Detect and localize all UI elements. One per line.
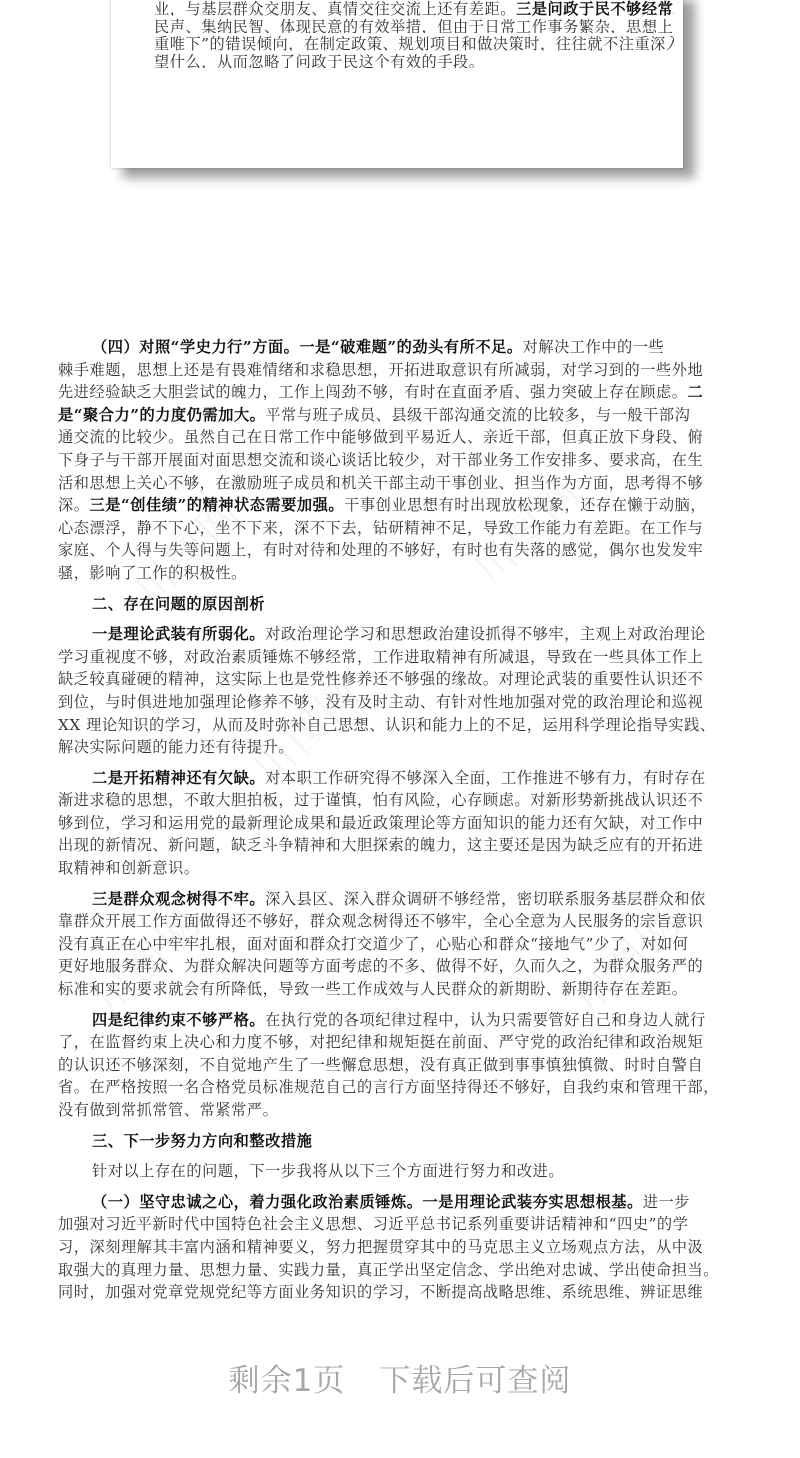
preview-line-text: 望什么，从而忽略了问政于民这个有效的手段。 [154,53,485,69]
line-text: 进一步 [643,1193,690,1211]
previous-page-preview: 业，与基层群众交朋友、真情交往交流上还有差距。三是问政于民不够经常。问政于民是倾… [111,0,683,168]
text-line: 下身子与干部开展面对面思想交流和谈心谈话比较少，对干部业务工作安排多、要求高，在… [58,449,748,472]
line-text: 对政治理论学习和思想政治建设抓得不够牢，主观上对政治理论 [265,625,706,643]
text-line: 没有做到常抓常管、常紧常严。 [58,1099,748,1122]
heading-two: 二、存在问题的原因剖析 [58,593,748,616]
measure-one-paragraph: （一）坚守忠诚之心，着力强化政治素质锤炼。一是用理论武装夯实思想根基。进一步 加… [58,1191,748,1304]
text-line: 取强大的真理力量、思想力量、实践力量，真正学出坚定信念、学出绝对忠诚、学出使命担… [58,1259,748,1282]
bold-text: 三是“创佳绩”的精神状态需要加强。 [89,496,344,514]
text-line: 够到位，学习和运用党的最新理论成果和最近政策理论等方面知识的能力还有欠缺，对工作… [58,812,748,835]
section-four-paragraph: （四）对照“学史力行”方面。一是“破难题”的劲头有所不足。对解决工作中的一些 棘… [58,336,748,585]
text-line: 三是群众观念树得不牢。深入县区、深入群众调研不够经常，密切联系服务基层群众和依 [58,888,748,911]
line-text: 深。 [58,496,89,514]
bold-text: 一是理论武装有所弱化。 [92,625,265,643]
preview-line-text: 业，与基层群众交朋友、真情交往交流上还有差距。 [154,0,516,16]
text-line: 棘手难题，思想上还是有畏难情绪和求稳思想，开拓进取意识有所减弱，对学习到的一些外… [58,359,748,382]
document-body: （四）对照“学史力行”方面。一是“破难题”的劲头有所不足。对解决工作中的一些 棘… [58,336,748,1312]
text-line: XX 理论知识的学习，从而及时弥补自己思想、认识和能力上的不足，运用科学理论指导… [58,714,748,737]
download-hint-label[interactable]: 下载后可查阅 [379,1363,571,1399]
text-line: （四）对照“学史力行”方面。一是“破难题”的劲头有所不足。对解决工作中的一些 [58,336,748,359]
bold-text: 二是开拓精神还有欠缺。 [92,769,265,787]
line-text: 在执行党的各项纪律过程中，认为只需要管好自己和身边人就行 [265,1011,706,1029]
line-text: 先进经验缺乏大胆尝试的魄力，工作上闯劲不够，有时在直面矛盾、强力突破上存在顾虑。 [58,383,688,401]
text-line: 了，在监督约束上决心和力度不够，对把纪律和规矩挺在前面、严守党的政治纪律和政治规… [58,1031,748,1054]
preview-text: 业，与基层群众交朋友、真情交往交流上还有差距。三是问政于民不够经常。问政于民是倾… [154,0,674,68]
intro-paragraph: 针对以上存在的问题，下一步我将从以下三个方面进行努力和改进。 [58,1160,748,1183]
text-line: 的认识还不够深刻，不自觉地产生了一些懈怠思想，没有真正做到事事慎独慎微、时时自警… [58,1054,748,1077]
text-line: 加强对习近平新时代中国特色社会主义思想、习近平总书记系列重要讲话精神和“四史”的… [58,1213,748,1236]
text-line: 取精神和创新意识。 [58,857,748,880]
text-line: 通交流的比较少。虽然自己在日常工作中能够做到平易近人、亲近干部，但真正放下身段、… [58,426,748,449]
section-heading: 二、存在问题的原因剖析 [58,593,748,616]
text-line: 更好地服务群众、为群众解决问题等方面考虑的不多、做得不好，久而久之，为群众服务严… [58,955,748,978]
text-line: （一）坚守忠诚之心，着力强化政治素质锤炼。一是用理论武装夯实思想根基。进一步 [58,1191,748,1214]
line-text: 干事创业思想有时出现放松现象，还存在懒于动脑， [344,496,706,514]
reason-four-paragraph: 四是纪律约束不够严格。在执行党的各项纪律过程中，认为只需要管好自己和身边人就行 … [58,1009,748,1122]
line-text: 平常与班子成员、县级干部沟通交流的比较多，与一般干部沟 [265,406,690,424]
preview-line: 望什么，从而忽略了问政于民这个有效的手段。 [154,51,674,69]
text-line: 靠群众开展工作方面做得还不够好，群众观念树得还不够牢，全心全意为人民服务的宗旨意… [58,910,748,933]
text-line: 深。三是“创佳绩”的精神状态需要加强。干事创业思想有时出现放松现象，还存在懒于动… [58,494,748,517]
text-line: 到位，与时俱进地加强理论修养不够，没有及时主动、有针对性地加强对党的政治理论和巡… [58,691,748,714]
bold-text: 二 [688,383,704,401]
remaining-pages-label[interactable]: 剩余1页 [229,1363,346,1399]
text-line: 活和思想上关心不够，在激励班子成员和机关干部主动干事创业、担当作为方面，思考得不… [58,472,748,495]
text-line: 是“聚合力”的力度仍需加大。平常与班子成员、县级干部沟通交流的比较多，与一般干部… [58,404,748,427]
text-line: 习，深刻理解其丰富内涵和精神要义，努力把握贯穿其中的马克思主义立场观点方法，从中… [58,1236,748,1259]
section-heading: 三、下一步努力方向和整改措施 [58,1130,748,1153]
preview-line: 重唯下”的错误倾向，在制定政策、规划项目和做决策时，往往就不注重深入基层了解群众… [154,33,674,51]
heading-three: 三、下一步努力方向和整改措施 [58,1130,748,1153]
text-line: 先进经验缺乏大胆尝试的魄力，工作上闯劲不够，有时在直面矛盾、强力突破上存在顾虑。… [58,381,748,404]
download-prompt[interactable]: 剩余1页下载后可查阅 [0,1355,800,1400]
preview-line-bold: 三是问政于民不够经常。 [516,0,674,16]
preview-line-text: 民声、集纳民智、体现民意的有效举措，但由于日常工作事务繁杂，思想上又存在“唯上不… [154,18,674,34]
line-text: 对解决工作中的一些 [523,338,665,356]
line-text: 骚，影响了工作的积极性。 [58,564,247,582]
bold-text: （一）坚守忠诚之心，着力强化政治素质锤炼。一是用理论武装夯实思想根基。 [92,1193,643,1211]
text-line: 解决实际问题的能力还有待提升。 [58,736,748,759]
bold-text: 四是纪律约束不够严格。 [92,1011,265,1029]
line-text: 活和思想上关心不够，在激励班子成员和机关干部主动干事创业、担当作为方面，思考得不… [58,474,703,492]
bold-text: 是“聚合力”的力度仍需加大。 [58,406,265,424]
text-line: 家庭、个人得与失等问题上，有时对待和处理的不够好，有时也有失落的感觉，偶尔也发发… [58,539,748,562]
text-line: 渐进求稳的思想，不敢大胆拍板，过于谨慎，怕有风险，心存顾虑。对新形势新挑战认识还… [58,789,748,812]
line-text: 通交流的比较少。虽然自己在日常工作中能够做到平易近人、亲近干部，但真正放下身段、… [58,428,703,446]
reason-three-paragraph: 三是群众观念树得不牢。深入县区、深入群众调研不够经常，密切联系服务基层群众和依 … [58,888,748,1001]
reason-one-paragraph: 一是理论武装有所弱化。对政治理论学习和思想政治建设抓得不够牢，主观上对政治理论 … [58,623,748,759]
line-text: 棘手难题，思想上还是有畏难情绪和求稳思想，开拓进取意识有所减弱，对学习到的一些外… [58,361,703,379]
text-line: 学习重视度不够，对政治素质锤炼不够经常，工作进取精神有所减退，导致在一些具体工作… [58,646,748,669]
text-line: 没有真正在心中牢牢扎根，面对面和群众打交道少了，心贴心和群众“接地气”少了，对如… [58,933,748,956]
preview-line: 业，与基层群众交朋友、真情交往交流上还有差距。三是问政于民不够经常。问政于民是倾… [154,0,674,16]
bold-text: （四）对照“学史力行”方面。一是“破难题”的劲头有所不足。 [92,338,523,356]
bold-text: 三是群众观念树得不牢。 [92,890,265,908]
text-line: 出现的新情况、新问题，缺乏斗争精神和大胆探索的魄力，这主要还是因为缺乏应有的开拓… [58,834,748,857]
preview-line: 民声、集纳民智、体现民意的有效举措，但由于日常工作事务繁杂，思想上又存在“唯上不… [154,16,674,34]
text-line: 省。在严格按照一名合格党员标准规范自己的言行方面坚持得还不够好，自我约束和管理干… [58,1076,748,1099]
line-text: 对本职工作研究得不够深入全面，工作推进不够有力，有时存在 [265,769,706,787]
text-line: 针对以上存在的问题，下一步我将从以下三个方面进行努力和改进。 [58,1160,748,1183]
line-text: 家庭、个人得与失等问题上，有时对待和处理的不够好，有时也有失落的感觉，偶尔也发发… [58,541,703,559]
text-line: 标准和实的要求就会有所降低，导致一些工作成效与人民群众的新期盼、新期待存在差距。 [58,978,748,1001]
text-line: 一是理论武装有所弱化。对政治理论学习和思想政治建设抓得不够牢，主观上对政治理论 [58,623,748,646]
line-text: 心态漂浮，静不下心，坐不下来，深不下去，钻研精神不足，导致工作能力有差距。在工作… [58,519,703,537]
text-line: 心态漂浮，静不下心，坐不下来，深不下去，钻研精神不足，导致工作能力有差距。在工作… [58,517,748,540]
reason-two-paragraph: 二是开拓精神还有欠缺。对本职工作研究得不够深入全面，工作推进不够有力，有时存在 … [58,767,748,880]
line-text: 深入县区、深入群众调研不够经常，密切联系服务基层群众和依 [265,890,706,908]
text-line: 缺乏较真碰硬的精神，这实际上也是党性修养还不够强的缘故。对理论武装的重要性认识还… [58,668,748,691]
text-line: 四是纪律约束不够严格。在执行党的各项纪律过程中，认为只需要管好自己和身边人就行 [58,1009,748,1032]
text-line: 同时，加强对党章党规党纪等方面业务知识的学习，不断提高战略思维、系统思维、辨证思… [58,1281,748,1304]
text-line: 骚，影响了工作的积极性。 [58,562,748,585]
preview-line-text: 重唯下”的错误倾向，在制定政策、规划项目和做决策时，往往就不注重深入基层了解群众… [154,35,674,51]
line-text: 下身子与干部开展面对面思想交流和谈心谈话比较少，对干部业务工作安排多、要求高，在… [58,451,703,469]
text-line: 二是开拓精神还有欠缺。对本职工作研究得不够深入全面，工作推进不够有力，有时存在 [58,767,748,790]
